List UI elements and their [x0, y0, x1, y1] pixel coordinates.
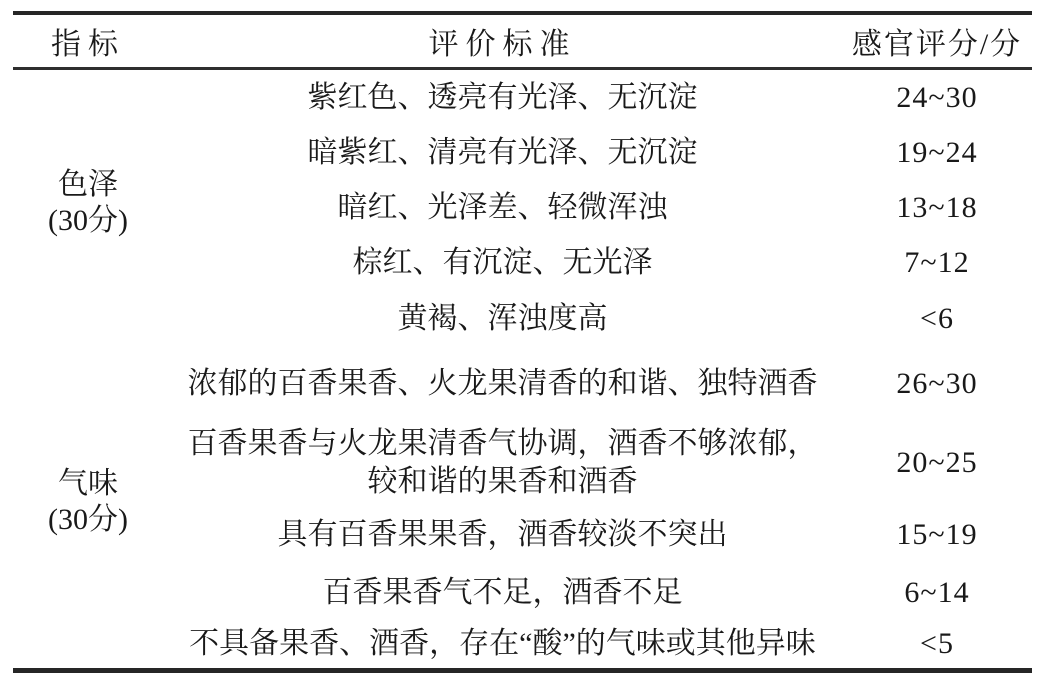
criteria-cell: 不具备果香、酒香，存在“酸”的气味或其他异味 — [163, 620, 842, 668]
criteria-text: 不具备果香、酒香，存在“酸”的气味或其他异味 — [189, 625, 816, 663]
criteria-text: 棕红、有沉淀、无光泽 — [353, 244, 653, 282]
criteria-cell: 棕红、有沉淀、无光泽 — [163, 236, 842, 290]
score-cell: <6 — [842, 290, 1032, 348]
sensory-evaluation-table: 指标 评价标准 感官评分/分 色泽 (30分) 紫红色、透亮有光泽、无沉淀 24… — [13, 11, 1032, 673]
group-indicator-text: 色泽 — [58, 167, 118, 203]
score-cell: 15~19 — [842, 505, 1032, 565]
column-header-indicator: 指标 — [13, 15, 163, 70]
score-cell: 7~12 — [842, 236, 1032, 290]
row-group-label-color: 色泽 (30分) — [13, 64, 163, 342]
score-cell: 13~18 — [842, 180, 1032, 236]
criteria-cell: 暗红、光泽差、轻微浑浊 — [163, 180, 842, 236]
score-cell: 20~25 — [842, 420, 1032, 505]
criteria-cell: 百香果香与火龙果清香气协调，酒香不够浓郁， 较和谐的果香和酒香 — [163, 420, 842, 505]
criteria-text: 紫红色、透亮有光泽、无沉淀 — [308, 79, 698, 117]
score-cell: 19~24 — [842, 126, 1032, 180]
score-cell: 24~30 — [842, 70, 1032, 126]
score-cell: 26~30 — [842, 348, 1032, 420]
criteria-cell: 黄褐、浑浊度高 — [163, 290, 842, 348]
criteria-cell: 具有百香果果香，酒香较淡不突出 — [163, 505, 842, 565]
group-indicator-points: (30分) — [48, 502, 128, 538]
criteria-cell: 百香果香气不足，酒香不足 — [163, 565, 842, 620]
criteria-text: 浓郁的百香果香、火龙果清香的和谐、独特酒香 — [188, 365, 818, 403]
criteria-text-line1: 百香果香与火龙果清香气协调，酒香不够浓郁， — [188, 425, 818, 463]
criteria-cell: 暗紫红、清亮有光泽、无沉淀 — [163, 126, 842, 180]
criteria-text-line2: 较和谐的果香和酒香 — [368, 463, 638, 501]
criteria-text: 黄褐、浑浊度高 — [398, 300, 608, 338]
criteria-cell: 浓郁的百香果香、火龙果清香的和谐、独特酒香 — [163, 348, 842, 420]
row-group-label-odor: 气味 (30分) — [13, 342, 163, 662]
column-header-criteria: 评价标准 — [163, 15, 842, 70]
criteria-text: 暗紫红、清亮有光泽、无沉淀 — [308, 134, 698, 172]
score-cell: <5 — [842, 620, 1032, 668]
column-header-score: 感官评分/分 — [842, 15, 1032, 70]
criteria-text: 具有百香果果香，酒香较淡不突出 — [278, 516, 728, 554]
score-cell: 6~14 — [842, 565, 1032, 620]
group-indicator-text: 气味 — [58, 466, 118, 502]
criteria-text: 暗红、光泽差、轻微浑浊 — [338, 189, 668, 227]
criteria-cell: 紫红色、透亮有光泽、无沉淀 — [163, 70, 842, 126]
group-indicator-points: (30分) — [48, 203, 128, 239]
criteria-text: 百香果香气不足，酒香不足 — [323, 574, 683, 612]
